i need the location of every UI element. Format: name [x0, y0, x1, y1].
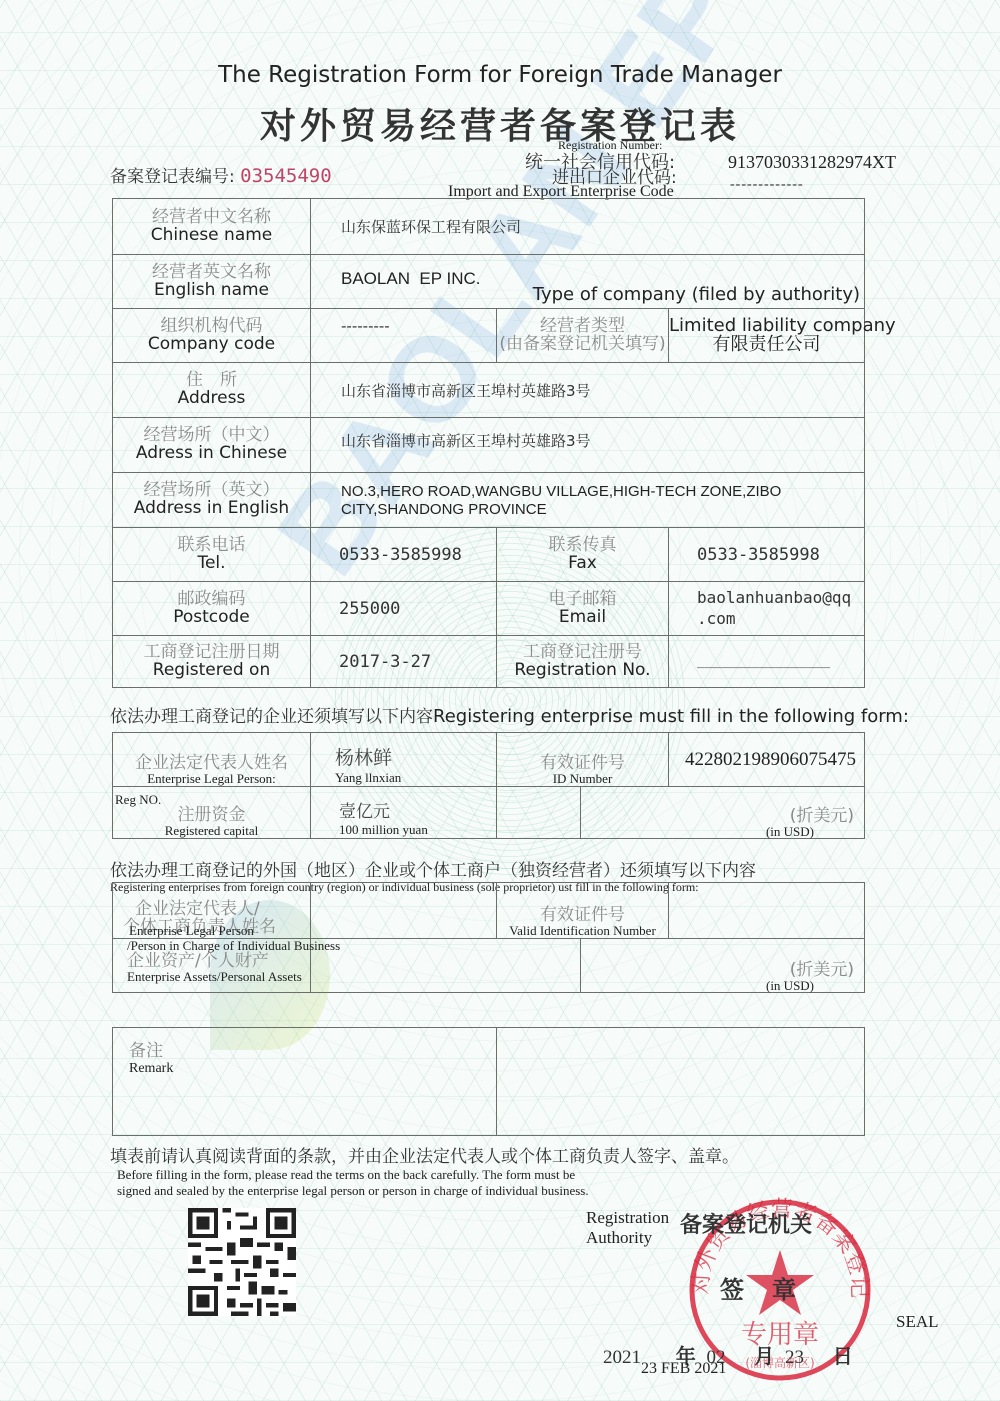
- row-address-en: 经营场所（英文）Address in English NO.3,HERO ROA…: [113, 473, 865, 528]
- label-cn: 工商登记注册日期: [113, 644, 310, 662]
- label-cn: 工商登记注册号: [497, 644, 668, 662]
- label-cn: 有效证件号: [497, 755, 668, 773]
- registration-authority-cn: 备案登记机关: [680, 1208, 812, 1239]
- label-en: Chinese name: [113, 227, 310, 245]
- authority-en-2: Authority: [586, 1228, 669, 1248]
- section3-title: 依法办理工商登记的外国（地区）企业或个体工商户（独资经营者）还须填写以下内容: [110, 856, 756, 881]
- registration-no-value: _________________: [669, 636, 865, 688]
- form-title-cn: 对外贸易经营者备案登记表: [0, 98, 1000, 149]
- main-info-table: 经营者中文名称Chinese name 山东保蓝环保工程有限公司 经营者英文名称…: [112, 198, 865, 688]
- label-en: English name: [113, 282, 310, 300]
- label-en: Valid Identification Number: [497, 924, 668, 938]
- label-en: Company code: [113, 336, 310, 354]
- qr-code-icon: [188, 1208, 296, 1316]
- footer-note-cn: 填表前请认真阅读背面的条款，并由企业法定代表人或个体工商负责人签字、盖章。: [110, 1142, 739, 1167]
- label-en: Address: [113, 390, 310, 408]
- capital-value-cn: 壹亿元: [339, 797, 496, 822]
- address-value: 山东省淄博市高新区王埠村英雄路3号: [311, 363, 865, 418]
- remark-table: 备注 Remark: [112, 1027, 865, 1136]
- postcode-value: 255000: [311, 582, 497, 636]
- form-number-row: 备案登记表编号: 03545490: [110, 162, 332, 187]
- label-en: Email: [497, 609, 668, 627]
- label-en: Postcode: [113, 609, 310, 627]
- label-en: Registered on: [113, 662, 310, 680]
- form-number: 03545490: [240, 165, 332, 187]
- valid-id-value: [669, 883, 865, 939]
- footer-note-en-2: signed and sealed by the enterprise lega…: [117, 1183, 589, 1199]
- date-en: 23 FEB 2021: [641, 1360, 726, 1378]
- authority-en-1: Registration: [586, 1208, 669, 1228]
- row-assets: /Person in Charge of Individual Business…: [113, 939, 865, 993]
- capital-usd-cn: (折美元): [581, 808, 854, 825]
- operator-type-sublabel: (由备案登记机关填写): [497, 336, 668, 354]
- label-cn: 联系电话: [113, 537, 310, 555]
- row-english-name: 经营者英文名称English name BAOLAN EP INC. Type …: [113, 255, 865, 309]
- legal-person-name-en: Yang llnxian: [335, 770, 496, 786]
- label-cn: 邮政编码: [113, 591, 310, 609]
- label-cn: 经营者中文名称: [113, 209, 310, 227]
- label-en: Enterprise Legal Person:: [113, 772, 310, 786]
- foreign-enterprise-table: 企业法定代表人/ 个体工商负责人姓名 Enterprise Legal Pers…: [112, 882, 865, 993]
- company-code-value: ---------: [311, 309, 497, 363]
- label-cn: 企业法定代表人姓名: [113, 755, 310, 773]
- label-en: Fax: [497, 555, 668, 573]
- legal-person-table: 企业法定代表人姓名Enterprise Legal Person: 杨林鲜 Ya…: [112, 732, 865, 839]
- address-en-line1: NO.3,HERO ROAD,WANGBU VILLAGE,HIGH-TECH …: [341, 483, 864, 501]
- row-legal-person: 企业法定代表人姓名Enterprise Legal Person: 杨林鲜 Ya…: [113, 733, 865, 787]
- row-address-cn: 经营场所（中文）Adress in Chinese 山东省淄博市高新区王埠村英雄…: [113, 418, 865, 473]
- assets-usd-cn: (折美元): [581, 962, 854, 979]
- label-cn-1: 企业法定代表人/: [113, 901, 310, 919]
- english-name-value: BAOLAN EP INC.: [341, 269, 481, 288]
- row-chinese-name: 经营者中文名称Chinese name 山东保蓝环保工程有限公司: [113, 199, 865, 255]
- label-en-1: Enterprise Legal Person: [113, 924, 310, 938]
- email-line1: baolanhuanbao@qq: [697, 588, 864, 609]
- section2-title-cn: 依法办理工商登记的企业还须填写以下内容: [110, 707, 433, 727]
- row-address: 住 所Address 山东省淄博市高新区王埠村英雄路3号: [113, 363, 865, 418]
- operator-type-value-cn: 有限责任公司: [669, 336, 864, 355]
- sign-seal-label: 签章: [720, 1270, 824, 1305]
- label-cn: 经营者英文名称: [113, 264, 310, 282]
- label-en: Adress in Chinese: [113, 445, 310, 463]
- footer-note-en-1: Before filling in the form, please read …: [117, 1167, 589, 1183]
- legal-person-name-cn: 杨林鲜: [335, 743, 496, 770]
- remark-label-cn: 备注: [129, 1036, 496, 1061]
- tel-value: 0533-3585998: [311, 528, 497, 582]
- capital-usd-en: (in USD): [581, 825, 854, 838]
- label-cn: 组织机构代码: [113, 318, 310, 336]
- section2-title: 依法办理工商登记的企业还须填写以下内容Registering enterpris…: [110, 702, 909, 727]
- address-cn-value: 山东省淄博市高新区王埠村英雄路3号: [311, 418, 865, 473]
- fax-value: 0533-3585998: [669, 528, 865, 582]
- reg-no-prefix: Reg NO.: [115, 793, 161, 807]
- ie-code-value: -------------: [730, 177, 804, 193]
- row-tel-fax: 联系电话Tel. 0533-3585998 联系传真Fax 0533-35859…: [113, 528, 865, 582]
- operator-type-value-en: Limited liability company: [669, 317, 864, 336]
- date-year: 2021: [603, 1347, 641, 1368]
- footer-note-en: Before filling in the form, please read …: [117, 1167, 589, 1200]
- label-en: ID Number: [497, 772, 668, 786]
- label-en: Registered capital: [113, 824, 310, 838]
- registered-on-value: 2017-3-27: [311, 636, 497, 688]
- capital-value-en: 100 million yuan: [339, 822, 496, 838]
- section2-title-en: Registering enterprise must fill in the …: [433, 706, 909, 727]
- row-company-code: 组织机构代码Company code --------- 经营者类型(由备案登记…: [113, 309, 865, 363]
- row-postcode-email: 邮政编码Postcode 255000 电子邮箱Email baolanhuan…: [113, 582, 865, 636]
- form-title-en: The Registration Form for Foreign Trade …: [0, 62, 1000, 88]
- date-day: 23: [785, 1347, 804, 1368]
- assets-label-en: Enterprise Assets/Personal Assets: [113, 970, 310, 984]
- assets-label-cn: 企业资产/个人财产: [113, 953, 310, 971]
- label-cn: 有效证件号: [497, 907, 668, 925]
- label-en: Registration No.: [497, 662, 668, 680]
- remark-label-en: Remark: [129, 1061, 496, 1077]
- id-number-value: 422802198906075475: [669, 733, 865, 787]
- unified-code-value: 9137030331282974XT: [728, 152, 896, 173]
- row-capital: Reg NO. 注册资金Registered capital 壹亿元 100 m…: [113, 787, 865, 839]
- form-number-label: 备案登记表编号:: [110, 167, 235, 187]
- chinese-name-value: 山东保蓝环保工程有限公司: [311, 199, 865, 255]
- type-of-company-note: Type of company (filed by authority): [533, 284, 860, 306]
- date-day-cn: 日: [833, 1344, 853, 1368]
- email-line2: .com: [697, 609, 864, 630]
- registration-authority-en: Registration Authority: [586, 1208, 669, 1249]
- row-person-in-charge: 企业法定代表人/ 个体工商负责人姓名 Enterprise Legal Pers…: [113, 883, 865, 939]
- address-en-line2: CITY,SHANDONG PROVINCE: [341, 501, 864, 519]
- label-cn: 电子邮箱: [497, 591, 668, 609]
- operator-type-label: 经营者类型: [497, 318, 668, 336]
- remark-value: [497, 1028, 865, 1136]
- label-en: Tel.: [113, 555, 310, 573]
- seal-label-en: SEAL: [896, 1312, 939, 1332]
- date-month-cn: 月: [754, 1344, 774, 1368]
- label-cn: 注册资金: [113, 807, 310, 825]
- row-registration: 工商登记注册日期Registered on 2017-3-27 工商登记注册号R…: [113, 636, 865, 688]
- label-en: Address in English: [113, 500, 310, 518]
- label-cn: 联系传真: [497, 537, 668, 555]
- assets-usd-en: (in USD): [581, 979, 854, 992]
- row-remark: 备注 Remark: [113, 1028, 865, 1136]
